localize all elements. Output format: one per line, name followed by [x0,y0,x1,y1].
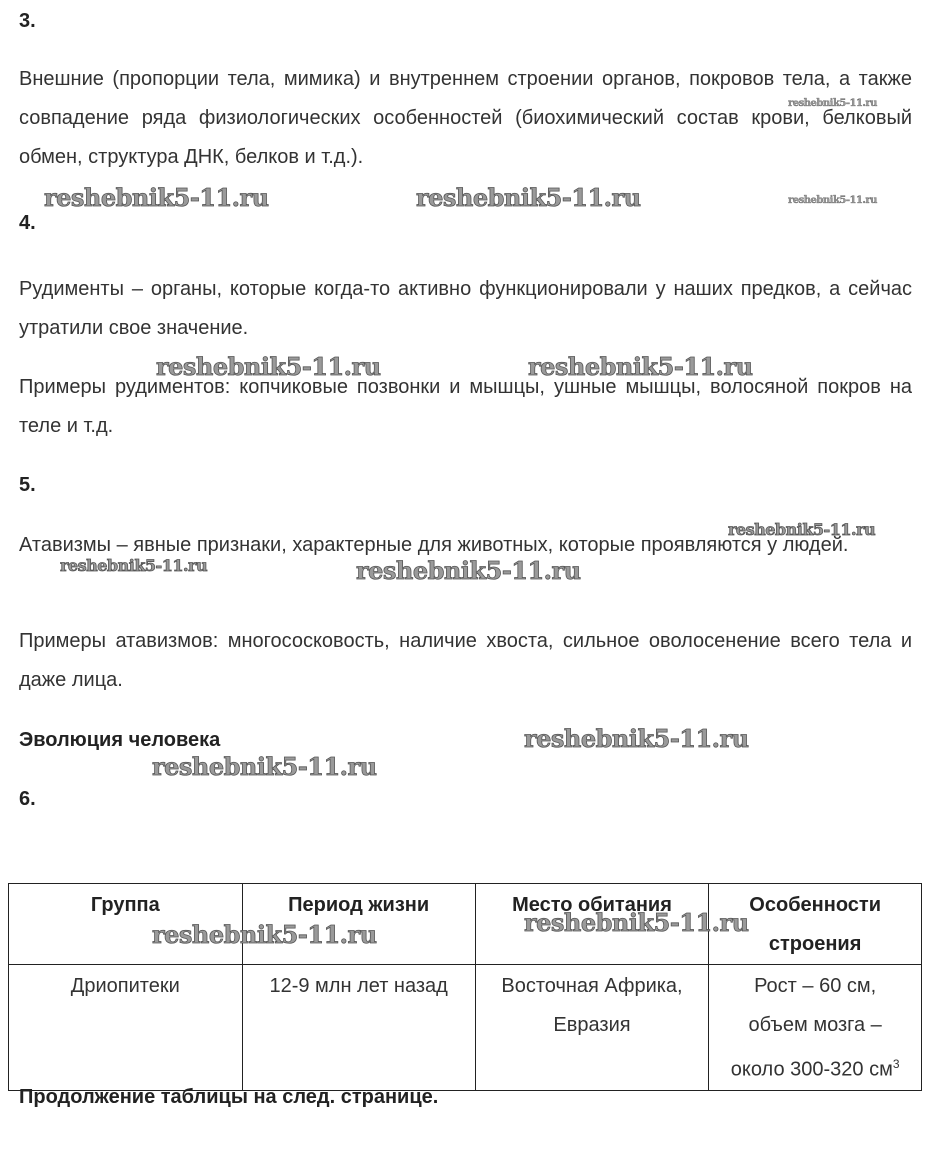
watermark: reshebnik5-11.ru [528,352,753,381]
section-number-5: 5. [19,474,36,497]
watermark: reshebnik5-11.ru [524,908,749,937]
cell-habitat: Восточная Африка, Евразия [475,965,709,1091]
cell-group: Дриопитеки [9,965,243,1091]
table-row: Дриопитеки 12-9 млн лет назад Восточная … [9,965,922,1091]
cell-period: 12-9 млн лет назад [242,965,475,1091]
watermark: reshebnik5-11.ru [60,556,207,575]
section-number-6: 6. [19,788,36,811]
section-4-paragraph-examples: Примеры рудиментов: копчиковые позвонки … [19,368,912,446]
section-number-4: 4. [19,212,36,235]
watermark: reshebnik5-11.ru [788,195,877,206]
evolution-table: Группа Период жизни Место обитания Особе… [8,883,922,1091]
section-4-paragraph-definition: Рудименты – органы, которые когда-то акт… [19,270,912,348]
header-features-text: Особенности строения [749,894,881,955]
footer-note: Продолжение таблицы на след. странице. [19,1086,438,1109]
section-5-paragraph-examples: Примеры атавизмов: многососковость, нали… [19,622,912,700]
watermark: reshebnik5-11.ru [156,352,381,381]
cell-features-text: Рост – 60 см, объем мозга – около 300-32… [731,975,893,1081]
cell-features: Рост – 60 см, объем мозга – около 300-32… [709,965,922,1091]
cubic-superscript: 3 [893,1057,900,1071]
watermark: reshebnik5-11.ru [152,920,377,949]
watermark: reshebnik5-11.ru [416,183,641,212]
section-3-paragraph: Внешние (пропорции тела, мимика) и внутр… [19,60,912,177]
watermark: reshebnik5-11.ru [788,98,877,109]
watermark: reshebnik5-11.ru [44,183,269,212]
watermark: reshebnik5-11.ru [356,556,581,585]
watermark: reshebnik5-11.ru [152,752,377,781]
table-header-row: Группа Период жизни Место обитания Особе… [9,884,922,965]
watermark: reshebnik5-11.ru [524,724,749,753]
section-number-3: 3. [19,10,36,33]
watermark: reshebnik5-11.ru [728,520,875,539]
section-heading-human-evolution: Эволюция человека [19,729,220,752]
